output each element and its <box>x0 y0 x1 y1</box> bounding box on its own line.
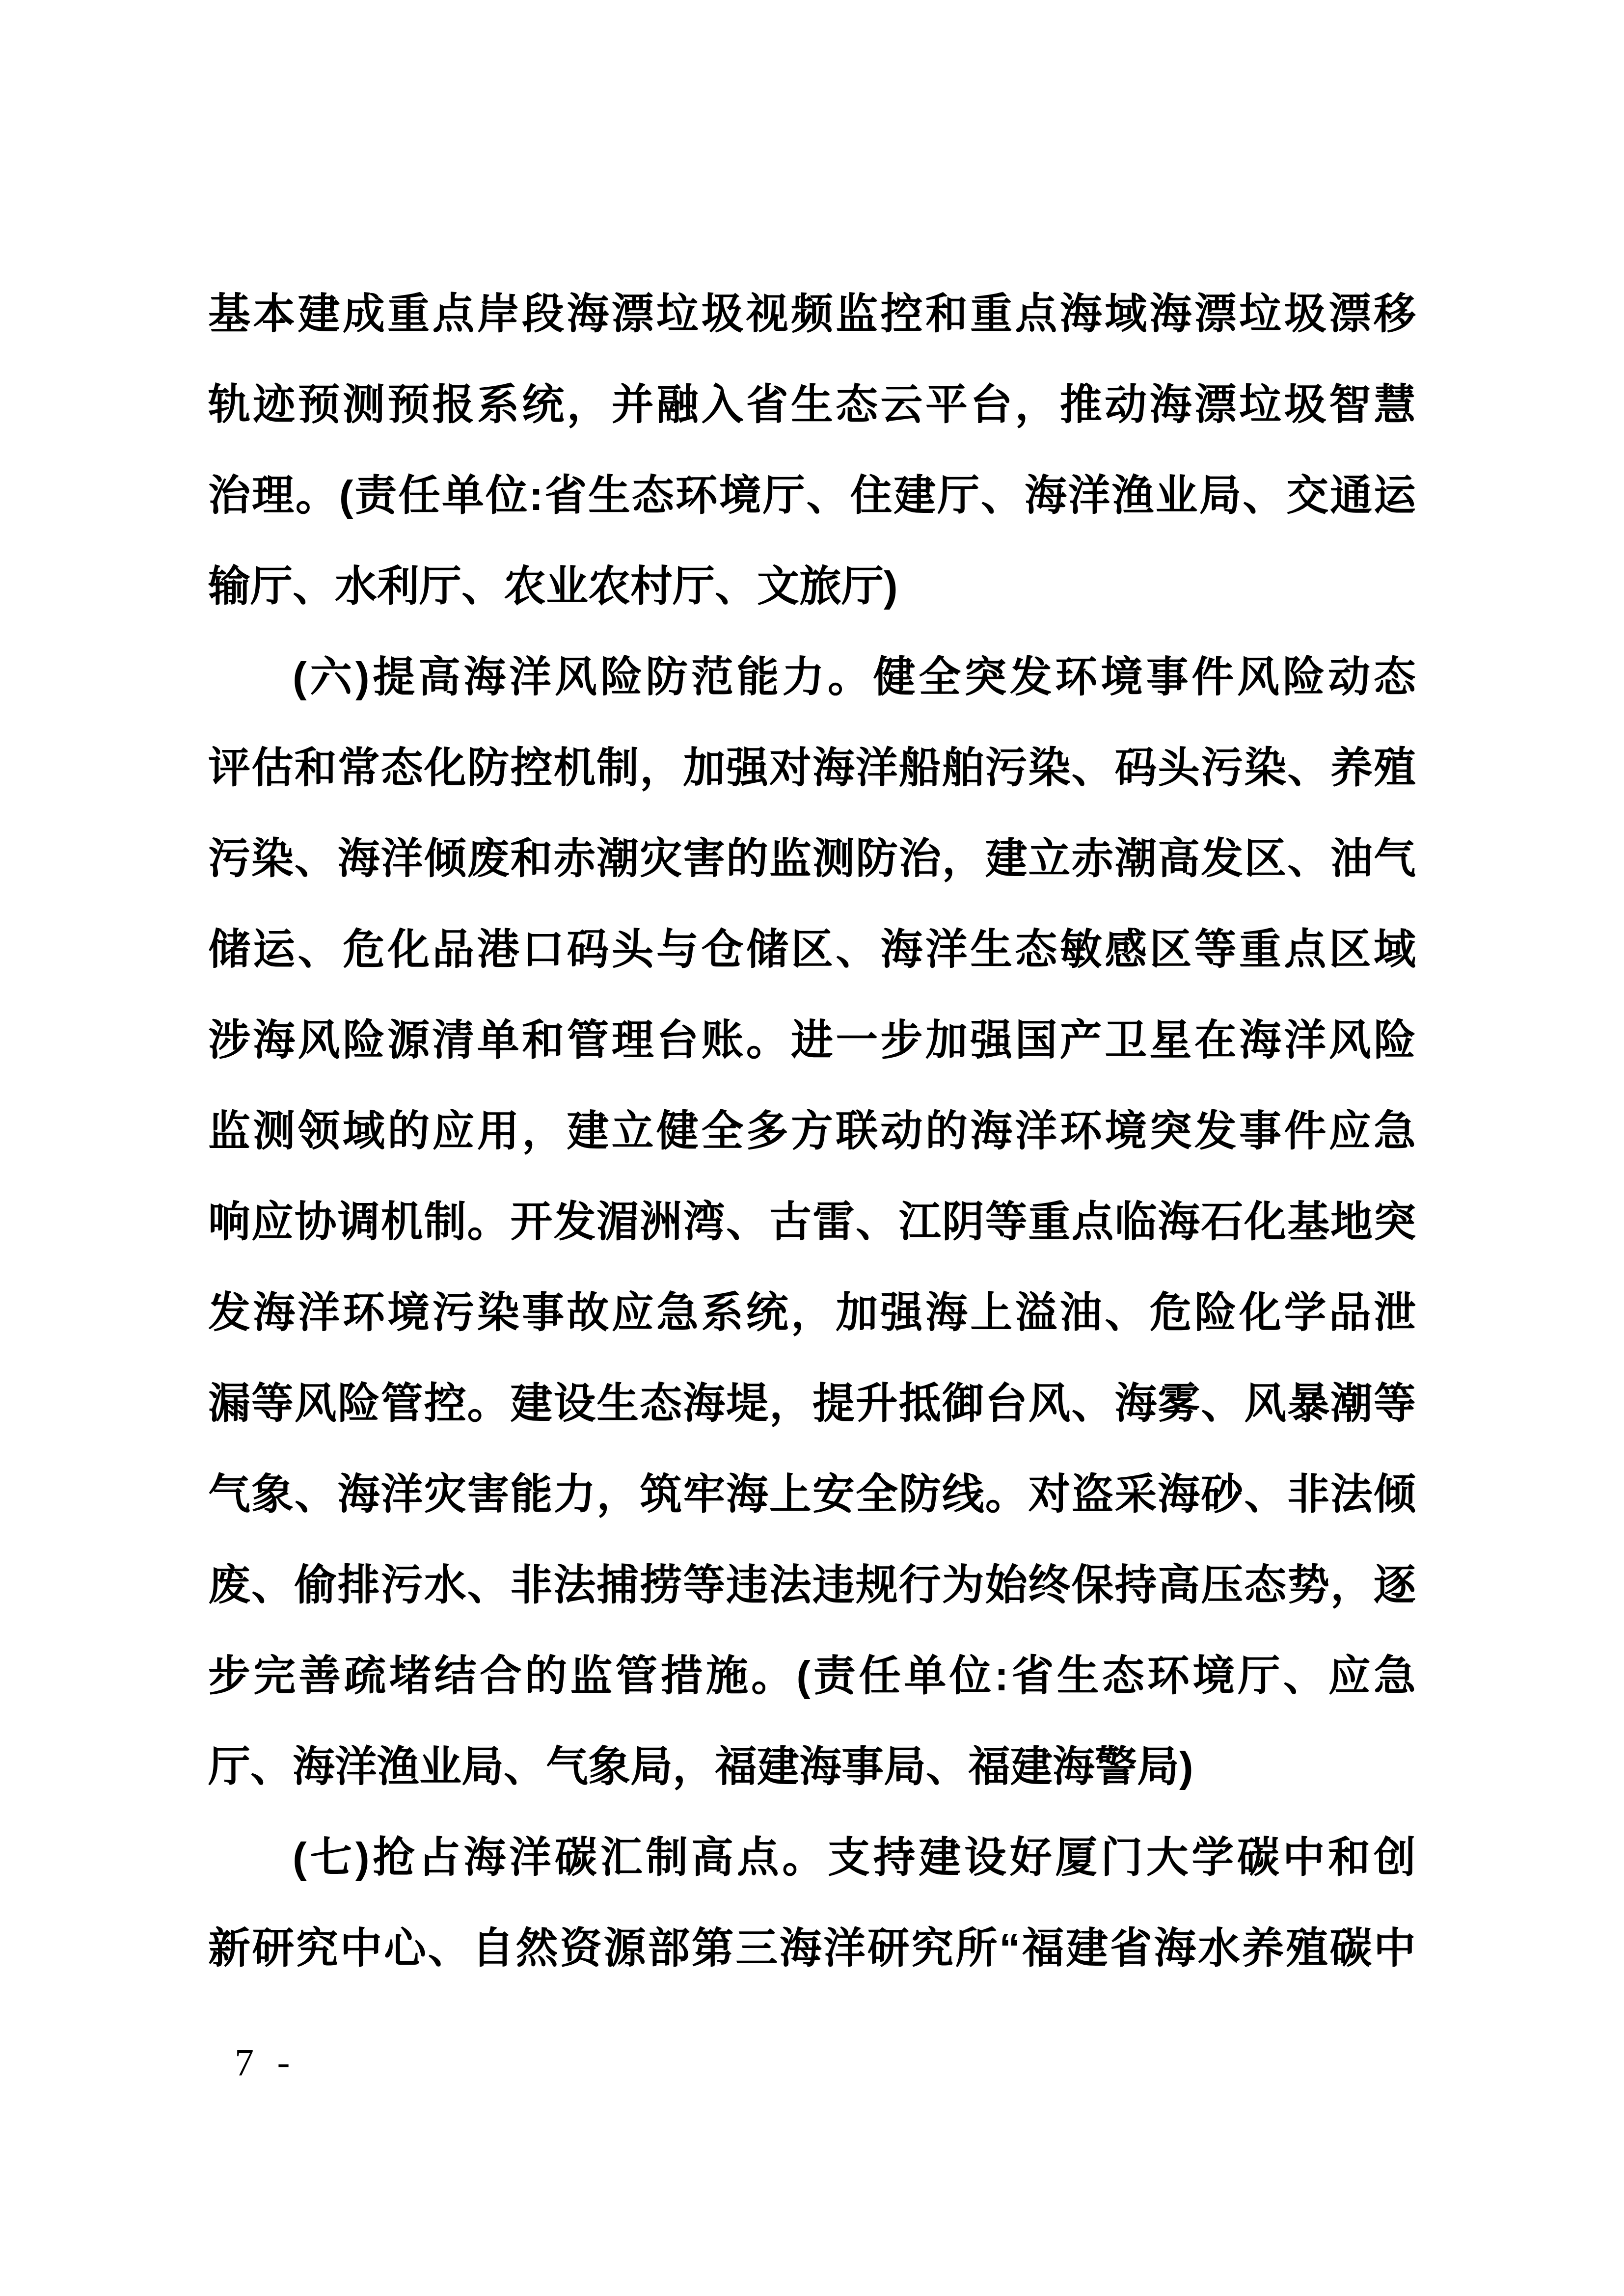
document-body: 基本建成重点岸段海漂垃圾视频监控和重点海域海漂垃圾漂移轨迹预测预报系统，并融入省… <box>208 269 1416 1994</box>
text-line: 厅、海洋渔业局、气象局，福建海事局、福建海警局) <box>208 1722 1416 1813</box>
page-number: 7 - <box>235 2038 290 2087</box>
text-line: 废、偷排污水、非法捕捞等违法违规行为始终保持高压态势，逐 <box>208 1540 1416 1631</box>
text-line: 评估和常态化防控机制，加强对海洋船舶污染、码头污染、养殖 <box>208 723 1416 814</box>
text-line: 基本建成重点岸段海漂垃圾视频监控和重点海域海漂垃圾漂移 <box>208 269 1416 360</box>
text-line: 污染、海洋倾废和赤潮灾害的监测防治，建立赤潮高发区、油气 <box>208 814 1416 905</box>
text-line: 响应协调机制。开发湄洲湾、古雷、江阴等重点临海石化基地突 <box>208 1177 1416 1268</box>
text-line: (六)提高海洋风险防范能力。健全突发环境事件风险动态 <box>208 632 1416 723</box>
text-line: 监测领域的应用，建立健全多方联动的海洋环境突发事件应急 <box>208 1086 1416 1177</box>
text-line: 步完善疏堵结合的监管措施。(责任单位:省生态环境厅、应急 <box>208 1631 1416 1722</box>
text-line: 气象、海洋灾害能力，筑牢海上安全防线。对盗采海砂、非法倾 <box>208 1449 1416 1540</box>
text-line: 新研究中心、自然资源部第三海洋研究所“福建省海水养殖碳中 <box>208 1903 1416 1994</box>
text-line: 漏等风险管控。建设生态海堤，提升抵御台风、海雾、风暴潮等 <box>208 1359 1416 1449</box>
text-line: 发海洋环境污染事故应急系统，加强海上溢油、危险化学品泄 <box>208 1268 1416 1359</box>
text-line: 治理。(责任单位:省生态环境厅、住建厅、海洋渔业局、交通运 <box>208 451 1416 541</box>
text-line: (七)抢占海洋碳汇制高点。支持建设好厦门大学碳中和创 <box>208 1813 1416 1903</box>
text-line: 储运、危化品港口码头与仓储区、海洋生态敏感区等重点区域 <box>208 905 1416 995</box>
document-page: 基本建成重点岸段海漂垃圾视频监控和重点海域海漂垃圾漂移轨迹预测预报系统，并融入省… <box>0 0 1624 2296</box>
text-line: 涉海风险源清单和管理台账。进一步加强国产卫星在海洋风险 <box>208 995 1416 1086</box>
text-line: 轨迹预测预报系统，并融入省生态云平台，推动海漂垃圾智慧 <box>208 360 1416 451</box>
text-line: 输厅、水利厅、农业农村厅、文旅厅) <box>208 541 1416 632</box>
